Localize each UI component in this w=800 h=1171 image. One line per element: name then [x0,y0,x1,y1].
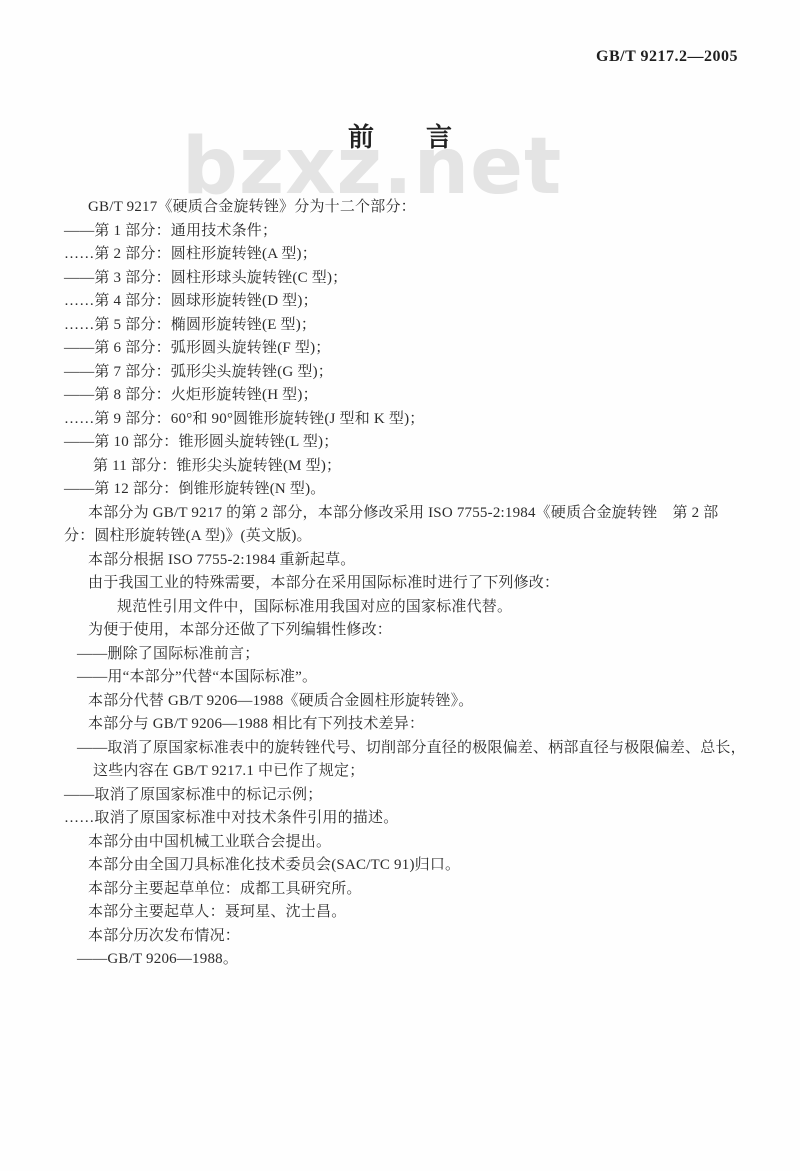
document-line: ——第 1 部分：通用技术条件； [64,220,754,244]
document-line: GB/T 9217《硬质合金旋转锉》分为十二个部分： [64,196,754,220]
document-line: 本部分主要起草人：聂珂星、沈士昌。 [64,901,754,925]
document-line: ——GB/T 9206—1988。 [64,948,754,972]
document-page: GB/T 9217.2—2005 bzxz.net 前 言 GB/T 9217《… [0,0,800,1171]
document-line: 为便于使用，本部分还做了下列编辑性修改： [64,619,754,643]
document-line: 由于我国工业的特殊需要，本部分在采用国际标准时进行了下列修改： [64,572,754,596]
document-line: ……第 2 部分：圆柱形旋转锉(A 型)； [64,243,754,267]
document-line: 本部分由全国刀具标准化技术委员会(SAC/TC 91)归口。 [64,854,754,878]
document-line: 本部分主要起草单位：成都工具研究所。 [64,878,754,902]
page-title: 前 言 [0,117,800,154]
document-line: ……第 4 部分：圆球形旋转锉(D 型)； [64,290,754,314]
document-line: 规范性引用文件中，国际标准用我国对应的国家标准代替。 [64,596,754,620]
document-line: 本部分历次发布情况： [64,925,754,949]
document-line: ——第 3 部分：圆柱形球头旋转锉(C 型)； [64,267,754,291]
doc-number: GB/T 9217.2—2005 [596,48,738,66]
document-line: ……取消了原国家标准中对技术条件引用的描述。 [64,807,754,831]
document-line: ——第 12 部分：倒锥形旋转锉(N 型)。 [64,478,754,502]
document-line: ——第 8 部分：火炬形旋转锉(H 型)； [64,384,754,408]
document-line: ——第 10 部分：锥形圆头旋转锉(L 型)； [64,431,754,455]
document-line: 这些内容在 GB/T 9217.1 中已作了规定； [64,760,754,784]
document-line: 本部分代替 GB/T 9206—1988《硬质合金圆柱形旋转锉》。 [64,690,754,714]
document-line: 本部分与 GB/T 9206—1988 相比有下列技术差异： [64,713,754,737]
document-line: 本部分由中国机械工业联合会提出。 [64,831,754,855]
document-line: ——用“本部分”代替“本国际标准”。 [64,666,754,690]
document-line: ——取消了原国家标准表中的旋转锉代号、切削部分直径的极限偏差、柄部直径与极限偏差… [64,737,754,761]
document-line: ——第 6 部分：弧形圆头旋转锉(F 型)； [64,337,754,361]
document-line: ……第 9 部分：60°和 90°圆锥形旋转锉(J 型和 K 型)； [64,408,754,432]
document-line: 分：圆柱形旋转锉(A 型)》(英文版)。 [64,525,754,549]
document-line: ——第 7 部分：弧形尖头旋转锉(G 型)； [64,361,754,385]
document-line: 第 11 部分：锥形尖头旋转锉(M 型)； [64,455,754,479]
document-line: ……第 5 部分：椭圆形旋转锉(E 型)； [64,314,754,338]
document-line: 本部分为 GB/T 9217 的第 2 部分，本部分修改采用 ISO 7755-… [64,502,754,526]
document-line: ——删除了国际标准前言； [64,643,754,667]
document-line: 本部分根据 ISO 7755-2:1984 重新起草。 [64,549,754,573]
document-body: GB/T 9217《硬质合金旋转锉》分为十二个部分：——第 1 部分：通用技术条… [64,196,754,972]
document-line: ——取消了原国家标准中的标记示例； [64,784,754,808]
